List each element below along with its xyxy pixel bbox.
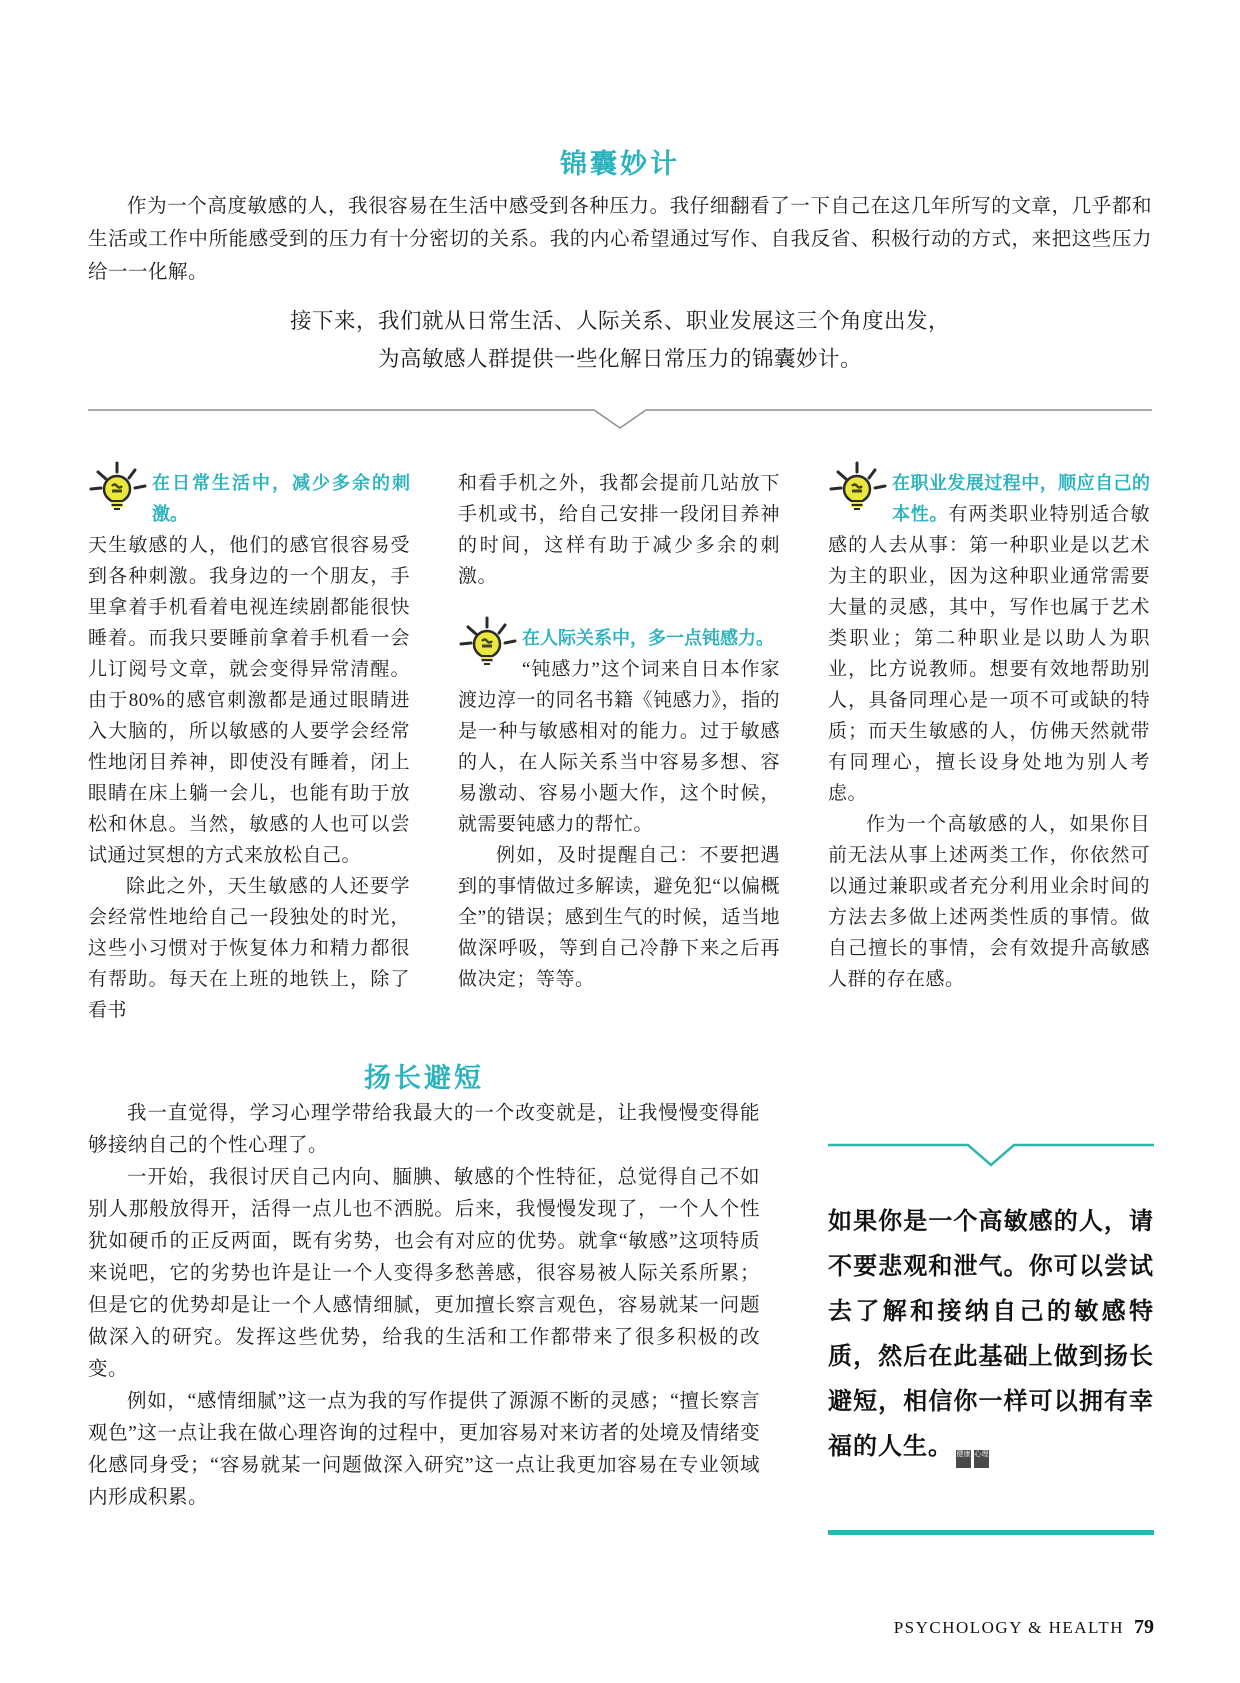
tip-body: 有两类职业特别适合敏感的人去从事：第一种职业是以艺术为主的职业，因为这种职业通常… xyxy=(828,504,1150,804)
lead-line-2: 为高敏感人群提供一些化解日常压力的锦囊妙计。 xyxy=(0,342,1240,373)
column-daily-life: 在日常生活中，减少多余的刺激。 天生敏感的人，他们的感官很容易受到各种刺激。我身… xyxy=(88,468,410,1026)
endmark-stamp-left: 健康 xyxy=(956,1450,971,1468)
intro-paragraph: 作为一个高度敏感的人，我很容易在生活中感受到各种压力。我仔细翻看了一下自己在这几… xyxy=(88,190,1152,289)
pull-quote-text: 如果你是一个高敏感的人，请不要悲观和泄气。你可以尝试去了解和接纳自己的敏感特质，… xyxy=(828,1200,1154,1470)
strengths-text-block: 我一直觉得，学习心理学带给我最大的一个改变就是，让我慢慢变得能够接纳自己的个性心… xyxy=(88,1098,760,1514)
lightbulb-icon xyxy=(458,623,518,675)
tip-relationships: 在人际关系中，多一点钝感力。 “钝感力”这个词来自日本作家渡边淳一的同名书籍《钝… xyxy=(458,623,780,840)
section-title-strengths: 扬长避短 xyxy=(88,1056,760,1095)
paragraph: 我一直觉得，学习心理学带给我最大的一个改变就是，让我慢慢变得能够接纳自己的个性心… xyxy=(88,1098,760,1162)
paragraph: 一开始，我很讨厌自己内向、腼腆、敏感的个性特征，总觉得自己不如别人那般放得开，活… xyxy=(88,1162,760,1386)
endmark-stamp-right: 心理 xyxy=(974,1450,989,1468)
page-footer: PSYCHOLOGY & HEALTH79 xyxy=(828,1616,1154,1639)
tip-body: “钝感力”这个词来自日本作家渡边淳一的同名书籍《钝感力》，指的是一种与敏感相对的… xyxy=(458,659,780,835)
pull-quote-sentence: 如果你是一个高敏感的人，请不要悲观和泄气。你可以尝试去了解和接纳自己的敏感特质，… xyxy=(828,1209,1154,1460)
column-relationships: 和看手机之外，我都会提前几站放下手机或书，给自己安排一段闭目养神的时间，这样有助… xyxy=(458,468,780,995)
paragraph: 例如，及时提醒自己：不要把遇到的事情做过多解读，避免犯“以偏概全”的错误；感到生… xyxy=(458,840,780,995)
column-career: 在职业发展过程中，顺应自己的本性。有两类职业特别适合敏感的人去从事：第一种职业是… xyxy=(828,468,1150,995)
page-number: 79 xyxy=(1134,1616,1154,1638)
magazine-name: PSYCHOLOGY & HEALTH xyxy=(894,1618,1124,1637)
quote-notched-divider xyxy=(828,1143,1154,1169)
lead-line-1: 接下来，我们就从日常生活、人际关系、职业发展这三个角度出发， xyxy=(0,304,1240,335)
paragraph: 作为一个高敏感的人，如果你目前无法从事上述两类工作，你依然可以通过兼职或者充分利… xyxy=(828,809,1150,995)
section-title-tips: 锦囊妙计 xyxy=(0,142,1240,181)
paragraph: 除此之外，天生敏感的人还要学会经常性地给自己一段独处的时光，这些小习惯对于恢复体… xyxy=(88,871,410,1026)
tip-body: 天生敏感的人，他们的感官很容易受到各种刺激。我身边的一个朋友，手里拿着手机看着电… xyxy=(88,535,410,866)
tip-daily-life: 在日常生活中，减少多余的刺激。 天生敏感的人，他们的感官很容易受到各种刺激。我身… xyxy=(88,468,410,871)
notched-divider xyxy=(88,408,1152,432)
pull-quote-block: 如果你是一个高敏感的人，请不要悲观和泄气。你可以尝试去了解和接纳自己的敏感特质，… xyxy=(828,1143,1154,1470)
paragraph: 例如，“感情细腻”这一点为我的写作提供了源源不断的灵感；“擅长察言观色”这一点让… xyxy=(88,1386,760,1514)
tip-career: 在职业发展过程中，顺应自己的本性。有两类职业特别适合敏感的人去从事：第一种职业是… xyxy=(828,468,1150,809)
lightbulb-icon xyxy=(828,468,888,520)
lightbulb-icon xyxy=(88,468,148,520)
paragraph-continued: 和看手机之外，我都会提前几站放下手机或书，给自己安排一段闭目养神的时间，这样有助… xyxy=(458,468,780,592)
teal-rule xyxy=(828,1530,1154,1535)
magazine-page: 锦囊妙计 作为一个高度敏感的人，我很容易在生活中感受到各种压力。我仔细翻看了一下… xyxy=(0,0,1240,1683)
